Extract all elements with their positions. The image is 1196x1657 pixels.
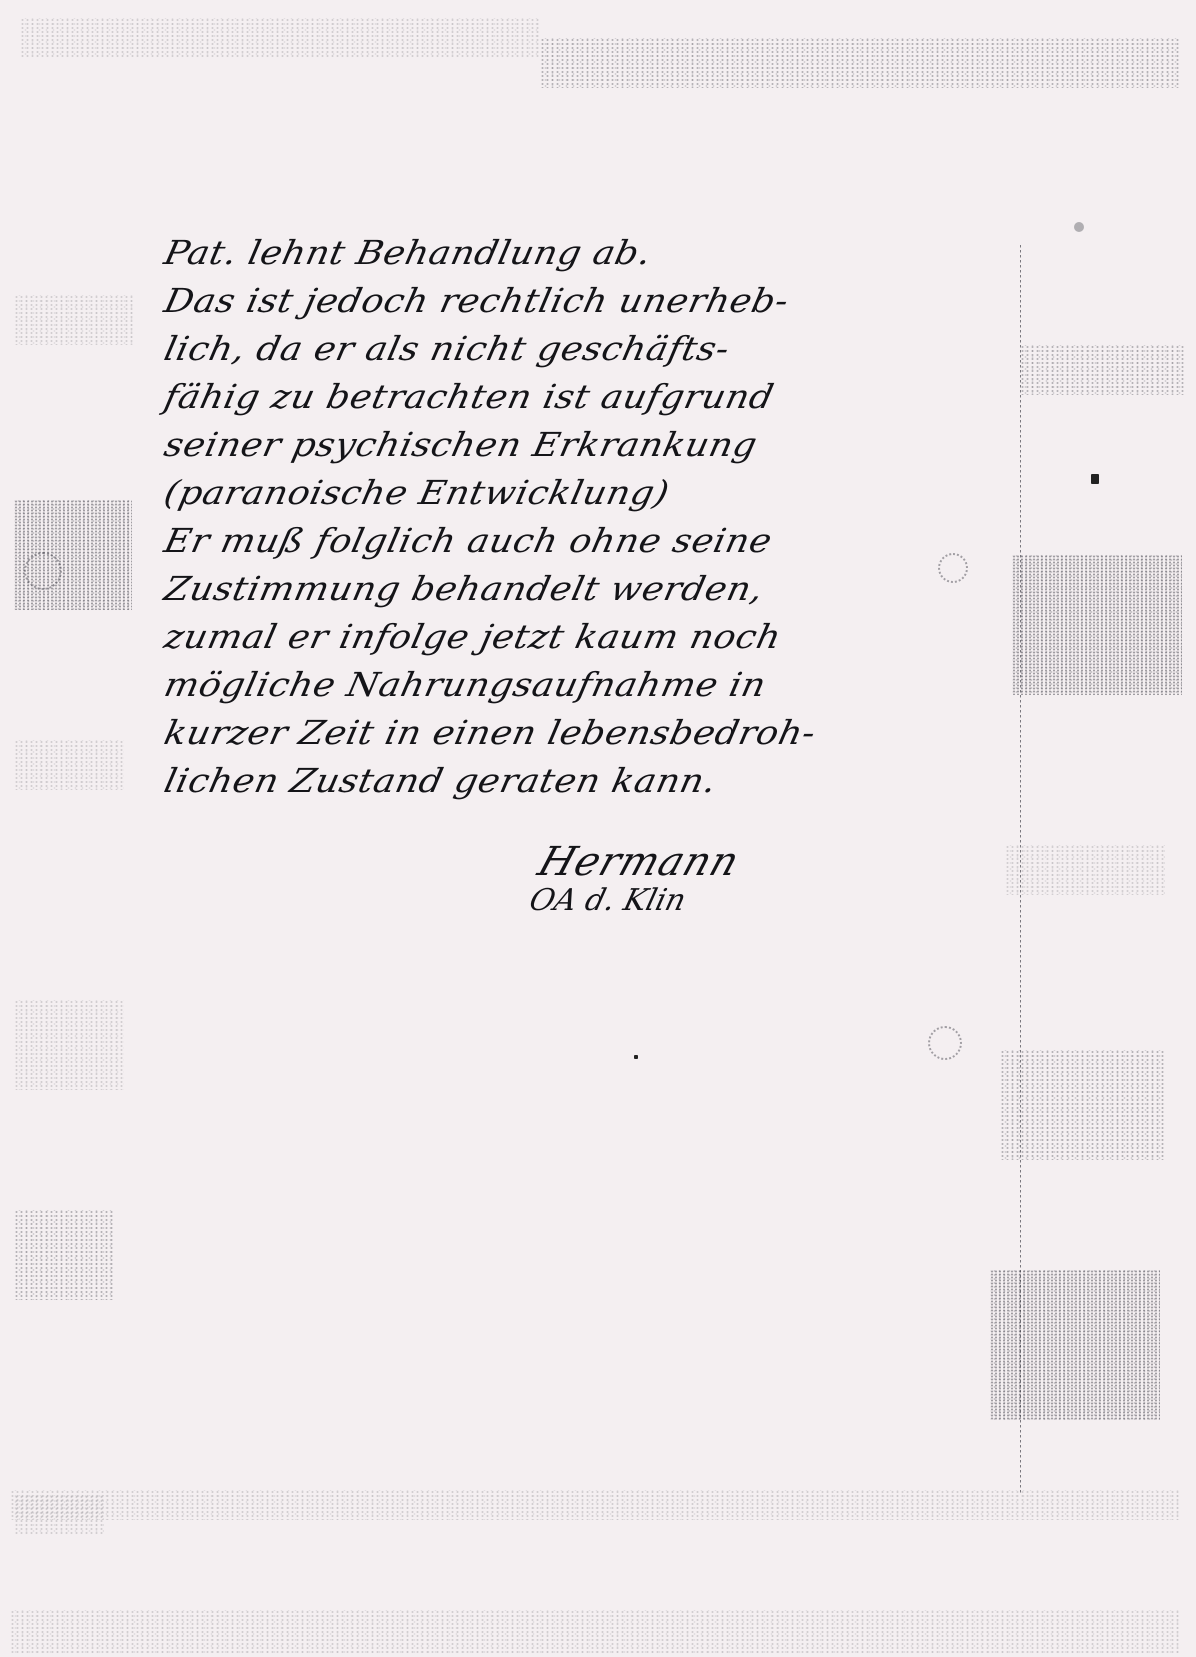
scan-noise-top xyxy=(540,38,1180,88)
signature-block: Hermann OA d. Klin xyxy=(540,840,738,918)
punch-hole xyxy=(928,1026,962,1060)
scan-noise-right xyxy=(1005,845,1165,895)
scan-noise-left xyxy=(14,740,124,790)
note-line: Er muß folglich auch ohne seine xyxy=(160,520,949,564)
note-line: Zustimmung behandelt werden, xyxy=(160,568,949,612)
scan-noise-right xyxy=(1012,555,1182,695)
scan-noise-bottom xyxy=(10,1610,1180,1655)
speck xyxy=(1074,222,1084,232)
note-line: mögliche Nahrungsaufnahme in xyxy=(160,664,949,708)
note-line: lichen Zustand geraten kann. xyxy=(160,760,949,804)
speck xyxy=(634,1055,638,1059)
scan-noise-top xyxy=(20,18,540,58)
note-line: lich, da er als nicht geschäfts- xyxy=(160,328,949,372)
scan-noise-bottom xyxy=(10,1490,1180,1520)
scan-noise-right xyxy=(990,1270,1160,1420)
note-line: Pat. lehnt Behandlung ab. xyxy=(160,232,949,276)
scan-noise-left xyxy=(14,295,134,345)
scan-noise-left xyxy=(14,1000,124,1090)
scan-noise-right xyxy=(1000,1050,1165,1160)
note-line: fähig zu betrachten ist aufgrund xyxy=(160,376,949,420)
note-line: (paranoische Entwicklung) xyxy=(160,472,949,516)
handwritten-note: Pat. lehnt Behandlung ab. Das ist jedoch… xyxy=(160,228,940,804)
note-line: zumal er infolge jetzt kaum noch xyxy=(160,616,949,660)
signature-name: Hermann xyxy=(533,840,745,884)
scan-noise-right xyxy=(1020,345,1185,395)
note-line: Das ist jedoch rechtlich unerheb- xyxy=(160,280,949,324)
speck xyxy=(1091,474,1099,484)
signature-title: OA d. Klin xyxy=(526,884,742,918)
note-line: kurzer Zeit in einen lebensbedroh- xyxy=(160,712,949,756)
note-line: seiner psychischen Erkrankung xyxy=(160,424,949,468)
scan-noise-left xyxy=(14,1210,114,1300)
punch-hole xyxy=(24,552,62,590)
scanned-page: Pat. lehnt Behandlung ab. Das ist jedoch… xyxy=(0,0,1196,1657)
